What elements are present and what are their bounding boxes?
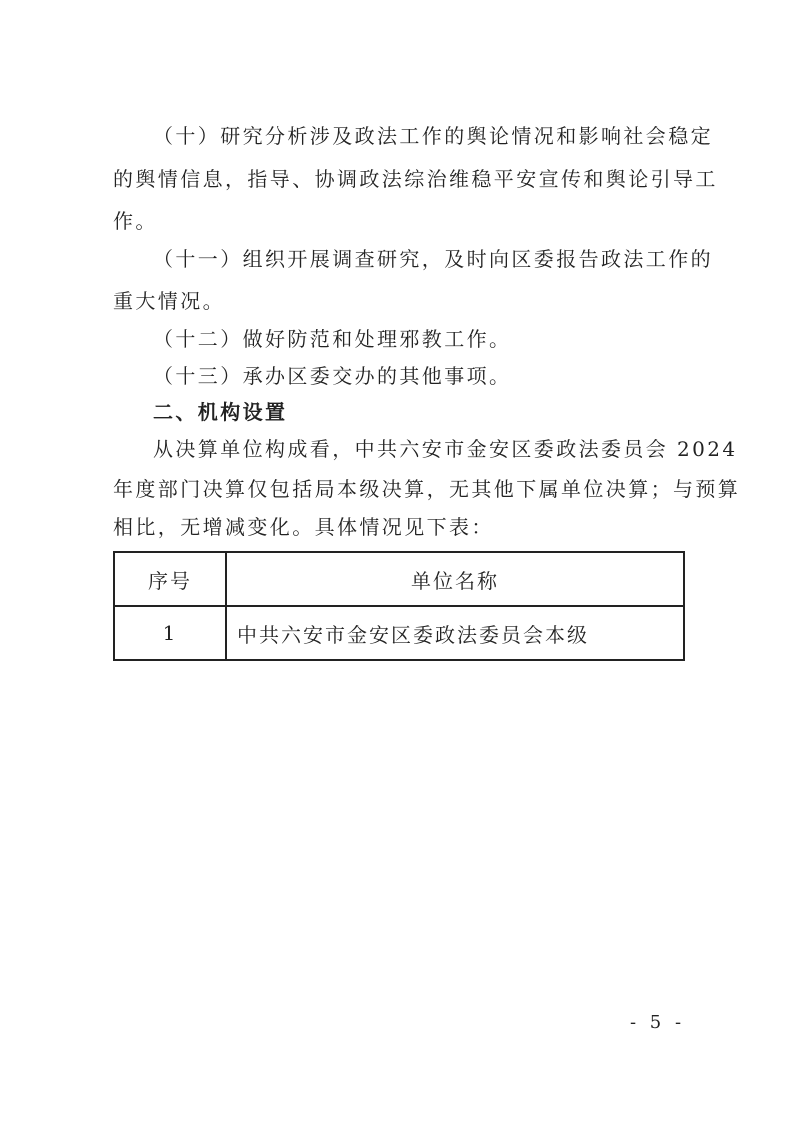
body-line-1: 从决算单位构成看，中共六安市金安区委政法委员会 2024: [153, 435, 728, 463]
cell-unit-name: 中共六安市金安区委政法委员会本级: [226, 606, 684, 660]
paragraph-11-line-1: （十一）组织开展调查研究，及时向区委报告政法工作的: [153, 245, 728, 273]
header-index: 序号: [114, 552, 226, 606]
body-line-2: 年度部门决算仅包括局本级决算，无其他下属单位决算；与预算: [113, 475, 688, 503]
table-header-row: 序号 单位名称: [114, 552, 684, 606]
table-row: 1 中共六安市金安区委政法委员会本级: [114, 606, 684, 660]
paragraph-10-line-1: （十）研究分析涉及政法工作的舆论情况和影响社会稳定: [153, 122, 728, 150]
paragraph-11-line-2: 重大情况。: [113, 287, 688, 315]
body-line-3: 相比，无增减变化。具体情况见下表：: [113, 513, 688, 541]
paragraph-12: （十二）做好防范和处理邪教工作。: [153, 325, 728, 353]
unit-table: 序号 单位名称 1 中共六安市金安区委政法委员会本级: [113, 551, 685, 661]
paragraph-10-line-2: 的舆情信息，指导、协调政法综治维稳平安宣传和舆论引导工: [113, 165, 688, 193]
header-unit-name: 单位名称: [226, 552, 684, 606]
section-heading: 二、机构设置: [153, 398, 728, 426]
paragraph-13: （十三）承办区委交办的其他事项。: [153, 362, 728, 390]
paragraph-10-line-3: 作。: [113, 207, 688, 235]
cell-index: 1: [114, 606, 226, 660]
page-number: - 5 -: [630, 1012, 685, 1033]
